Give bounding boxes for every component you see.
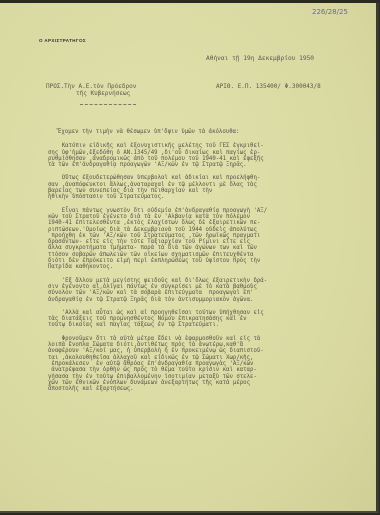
body-paragraph: Εἶναι πάντως γνωστὸν ὅτι οὐδεμία ἐπ'ἀνδρ… [48,208,338,271]
date-line: Αθήναι τῇ 19η Δεκεμβρίου 1950 [206,55,314,62]
text-line: ἠθικὴν ὑπόστασιν τοῦ Στρατεύματος. [48,194,338,200]
body-paragraph: Οὕτως ἐξουδετερώθησαν ὑπερβολαὶ καὶ ἀδικ… [48,175,338,200]
reference-number: ΑΡΙΘ. Ε.Π. 135400/ Φ.300043/8 [216,83,321,90]
opening-line: Ἔχομεν τὴν τιμὴν νὰ θέσωμεν ὑπ'ὄψιν ὑμῶν… [48,129,338,135]
divider-rule [80,104,136,105]
text-line: ἀνδραγαθίᾳ ἐν τῷ Στρατῷ Ξηρᾶς διὰ τὸν ἀν… [48,297,338,303]
sender-heading: Ο ΑΡΧΙΣΤΡΑΤΗΓΟΣ [39,38,86,43]
document-body: Ἔχομεν τὴν τιμὴν νὰ θέσωμεν ὑπ'ὄψιν ὑμῶν… [48,129,338,399]
body-paragraph: 'Εξ ἄλλου μετὰ μεγίστης φειδοῦς καὶ δι'ὅ… [48,278,338,303]
text-line: τὰ τῶν ἐπ'ἀνδραγαθίᾳ προαγωγῶν 'ΑΞ/κῶν ἐ… [48,162,338,168]
recipient-block: ΠΡΟΣ.Τὴν Α.Ε.τὸν Πρόεδρον τῆς Κυβερνήσεω… [46,83,136,97]
body-paragraph: Κατόπιν εἰδικῆς καὶ ἐξονυχιστικῆς μελέτη… [48,143,338,168]
archive-number: 226/28/25 [312,8,348,16]
text-line: Πατρίδα καθήκοντος. [48,264,338,270]
body-paragraph: Φρονοῦμεν ὅτι τὰ αὐτὰ μέτρα ἔδει νὰ ἐφαρ… [48,336,338,393]
text-line: Ἔχομεν τὴν τιμὴν νὰ θέσωμεν ὑπ'ὄψιν ὑμῶν… [58,129,338,135]
recipient-line-1: ΠΡΟΣ.Τὴν Α.Ε.τὸν Πρόεδρον [46,83,136,90]
recipient-line-2: τῆς Κυβερνήσεως [46,90,136,97]
document-page: 226/28/25 Ο ΑΡΧΙΣΤΡΑΤΗΓΟΣ Αθήναι τῇ 19η … [0,3,379,513]
text-line: τούτῳ δικαίας καὶ παγίας τάξεως ἐν τῷ Στ… [48,322,338,328]
body-paragraph: 'Αλλὰ καὶ αὗται ὡς καὶ αἱ προηγηθεῖσαι τ… [48,310,338,329]
text-line: ἀποστολῆς καὶ ἐξαρτήσεως. [48,386,338,392]
